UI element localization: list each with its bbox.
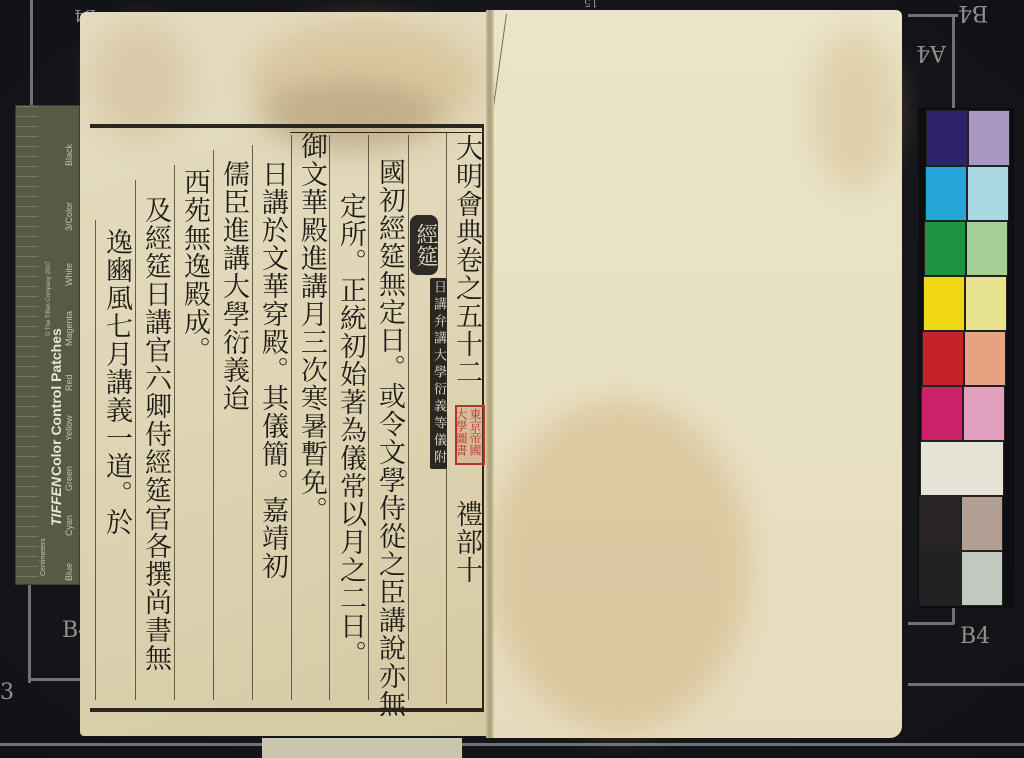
- mat-label: 15: [584, 0, 598, 9]
- patch-red: [922, 331, 964, 386]
- mat-grid-line: [28, 583, 31, 683]
- column-rule: [291, 135, 292, 700]
- patch-gray: [961, 551, 1003, 606]
- patch-label-yellow: Yellow: [64, 415, 74, 441]
- volume-title: 大明會典卷之五十二: [450, 134, 483, 386]
- patch-cyan-light: [967, 166, 1009, 221]
- mat-grid-line: [0, 743, 1024, 746]
- patch-label-red: Red: [64, 374, 74, 391]
- patch-label-blue: Blue: [64, 563, 74, 581]
- mat-grid-line: [908, 683, 1024, 686]
- patch-green: [924, 221, 966, 276]
- patch-green-light: [966, 221, 1008, 276]
- patch-label-magenta: Magenta: [64, 311, 74, 346]
- patch-label-green: Green: [64, 466, 74, 491]
- patch-white: [920, 441, 1004, 496]
- patch-red-light: [964, 331, 1006, 386]
- mat-grid-line: [28, 678, 80, 681]
- color-patch-chart: [918, 108, 1014, 608]
- patch-blue-light: [968, 110, 1010, 166]
- patch-black: [919, 496, 961, 551]
- column-rule: [252, 145, 253, 700]
- patch-magenta-light: [963, 386, 1005, 441]
- patch-label-cyan: Cyan: [64, 515, 74, 536]
- mat-grid-line: [908, 14, 958, 17]
- patch-dark: [919, 551, 961, 606]
- column-rule: [174, 165, 175, 700]
- patch-label-3color: 3/Color: [64, 202, 74, 231]
- mat-label: B4: [958, 0, 988, 25]
- column-rule: [213, 150, 214, 700]
- water-stain: [490, 400, 750, 730]
- column-rule: [408, 135, 409, 700]
- patch-cyan: [925, 166, 967, 221]
- water-stain: [90, 20, 190, 140]
- water-stain: [810, 30, 900, 190]
- text-column-1: 國初經筵無定日。或令文學侍從之臣講說亦無: [373, 158, 406, 718]
- category-label: 經筵: [410, 215, 438, 275]
- subheading: 日講弁講大學衍義等儀附: [430, 278, 447, 469]
- mat-grid-line: [30, 0, 33, 105]
- text-column-8: 逸豳風七月講義一道。於: [100, 228, 133, 536]
- text-column-7: 及經筵日講官六卿侍經筵官各撰尚書無: [139, 196, 172, 672]
- patch-label-white: White: [64, 263, 74, 286]
- text-column-4: 日講於文華穿殿。其儀簡。嘉靖初: [256, 160, 289, 580]
- mat-label: 3: [0, 680, 14, 705]
- mat-label: A4: [916, 40, 946, 65]
- text-column-5: 儒臣進講大學衍義迨: [217, 160, 250, 412]
- patch-label-black: Black: [64, 144, 74, 166]
- mat-grid-line: [908, 622, 954, 625]
- text-column-3: 御文華殿進講月三次寒暑暫免。: [295, 132, 328, 524]
- section-title: 禮部十: [450, 500, 483, 584]
- column-rule: [329, 135, 330, 700]
- target-title: Color Control Patches: [48, 328, 64, 476]
- column-rule: [95, 220, 96, 700]
- patch-blue: [926, 110, 968, 166]
- text-column-2: 定所。正統初始著為儀常以月之二日。: [334, 192, 367, 668]
- paper-flap: [262, 738, 462, 758]
- book-spine: [486, 10, 494, 738]
- patch-brown: [961, 496, 1003, 551]
- copyright-text: © The Tiffen Company 2007: [46, 261, 52, 336]
- text-column-6: 西苑無逸殿成。: [178, 168, 211, 364]
- tiffen-logo: TIFFEN: [48, 477, 64, 526]
- mat-label: B4: [960, 624, 990, 649]
- color-control-target: Blue Cyan Green Yellow Red Magenta White…: [15, 105, 80, 585]
- library-seal: 東京帝國大學圖書: [455, 405, 485, 465]
- unit-label: Centimeters: [40, 538, 47, 576]
- patch-yellow: [923, 276, 965, 331]
- ruler-ticks: [16, 106, 38, 584]
- patch-magenta: [921, 386, 963, 441]
- column-rule: [368, 135, 369, 700]
- column-rule: [135, 180, 136, 700]
- patch-yellow-light: [965, 276, 1007, 331]
- mat-grid-line: [952, 14, 955, 110]
